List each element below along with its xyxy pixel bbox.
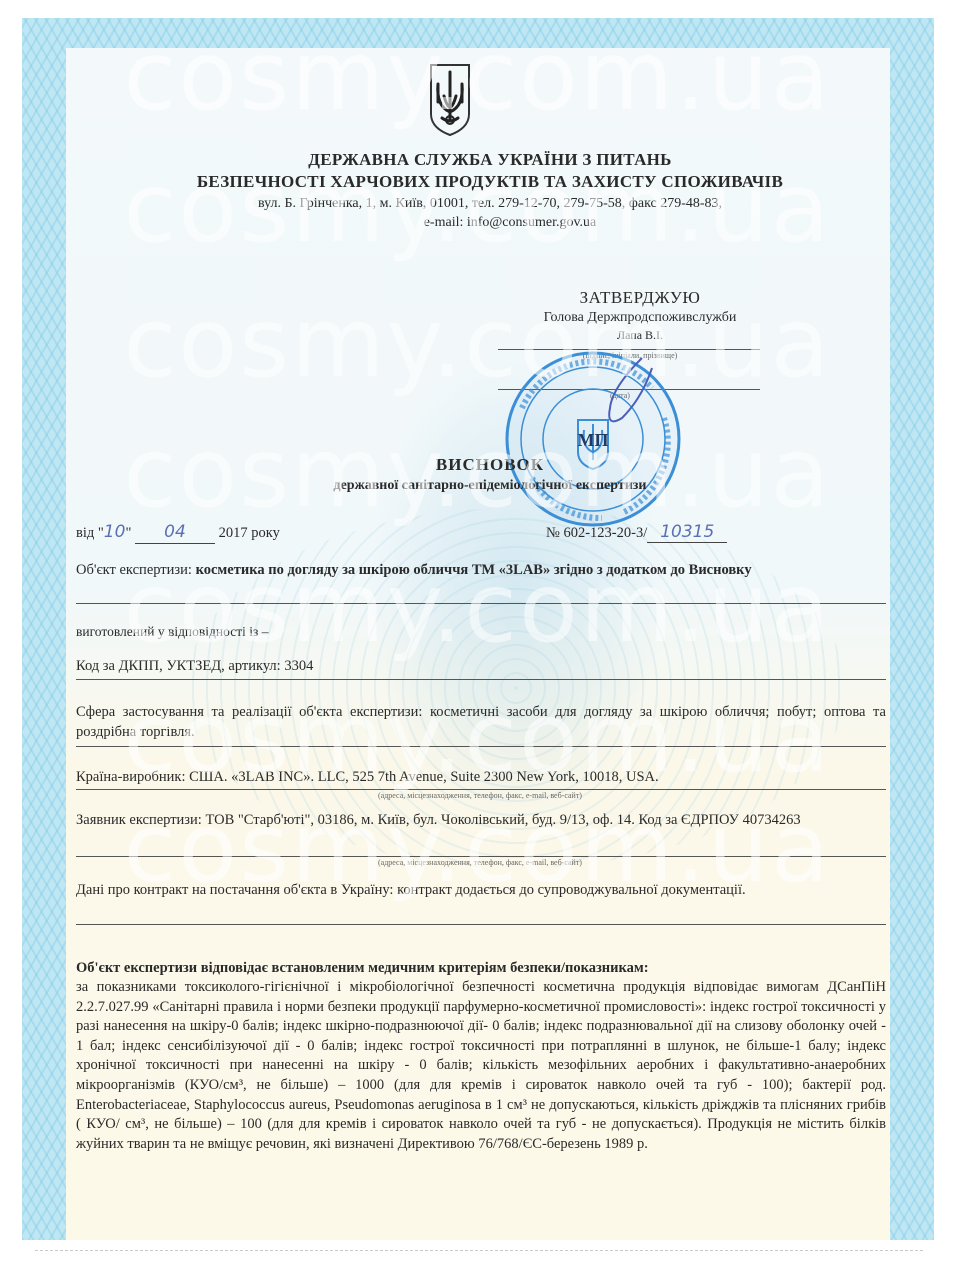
- date-quote: ": [125, 525, 131, 541]
- divider: [76, 789, 886, 790]
- date-prefix: від ": [76, 525, 104, 541]
- ukraine-trident-icon: [428, 62, 472, 138]
- made-per-field: виготовлений у відповідності із –: [76, 622, 886, 642]
- date-year: 2017 року: [219, 525, 280, 541]
- applicant-field: Заявник експертизи: ТОВ "Старб'юті", 031…: [76, 810, 886, 830]
- conclusion-title: ВИСНОВОК: [150, 455, 830, 475]
- object-label: Об'єкт експертизи:: [76, 562, 196, 578]
- agency-address: вул. Б. Грінченка, 1, м. Київ, 01001, те…: [150, 196, 830, 212]
- country-caption: (адреса, місцезнаходження, телефон, факс…: [300, 791, 660, 800]
- approval-position: Голова Держпродспоживслужби: [520, 310, 760, 326]
- divider: [76, 603, 886, 604]
- divider: [76, 856, 886, 857]
- contract-field: Дані про контракт на постачання об'єкта …: [76, 880, 886, 900]
- page-edge: [35, 1250, 923, 1251]
- object-value: косметика по догляду за шкірою обличчя Т…: [196, 562, 752, 578]
- criteria-heading: Об'єкт експертизи відповідає встановлени…: [76, 958, 886, 978]
- date-month-field: 04: [135, 522, 215, 544]
- number-prefix: № 602-123-20-3/: [546, 525, 647, 541]
- scope-field: Сфера застосування та реалізації об'єкта…: [76, 702, 886, 742]
- conclusion-subtitle: державної санітарно-епідеміологічної екс…: [150, 478, 830, 494]
- agency-name-line2: БЕЗПЕЧНОСТІ ХАРЧОВИХ ПРОДУКТІВ ТА ЗАХИСТ…: [150, 172, 830, 192]
- criteria-text: за показниками токсиколого-гігієнічної і…: [76, 978, 886, 1154]
- number-value: 10315: [647, 522, 727, 543]
- approval-block: ЗАТВЕРДЖУЮ Голова Держпродспоживслужби Л…: [520, 288, 760, 343]
- approval-title: ЗАТВЕРДЖУЮ: [520, 288, 760, 308]
- divider: [76, 924, 886, 925]
- date-number-row: від "10" 04 2017 року № 602-123-20-3/103…: [76, 522, 886, 544]
- code-field: Код за ДКПП, УКТЗЕД, артикул: 3304: [76, 656, 886, 676]
- document-number: № 602-123-20-3/10315: [546, 522, 727, 543]
- approval-name: Лапа В.І.: [520, 328, 760, 343]
- date-day: 10: [104, 522, 126, 542]
- divider: [76, 679, 886, 680]
- official-stamp-icon: МП: [502, 348, 684, 530]
- applicant-caption: (адреса, місцезнаходження, телефон, факс…: [300, 858, 660, 867]
- divider: [76, 746, 886, 747]
- agency-email: e-mail: info@consumer.gov.ua: [300, 215, 720, 231]
- svg-text:МП: МП: [578, 430, 609, 450]
- date-month: 04: [164, 522, 186, 542]
- object-field: Об'єкт експертизи: косметика по догляду …: [76, 560, 886, 580]
- country-field: Країна-виробник: США. «3LAB INC». LLC, 5…: [76, 767, 886, 787]
- agency-name-line1: ДЕРЖАВНА СЛУЖБА УКРАЇНИ З ПИТАНЬ: [150, 150, 830, 170]
